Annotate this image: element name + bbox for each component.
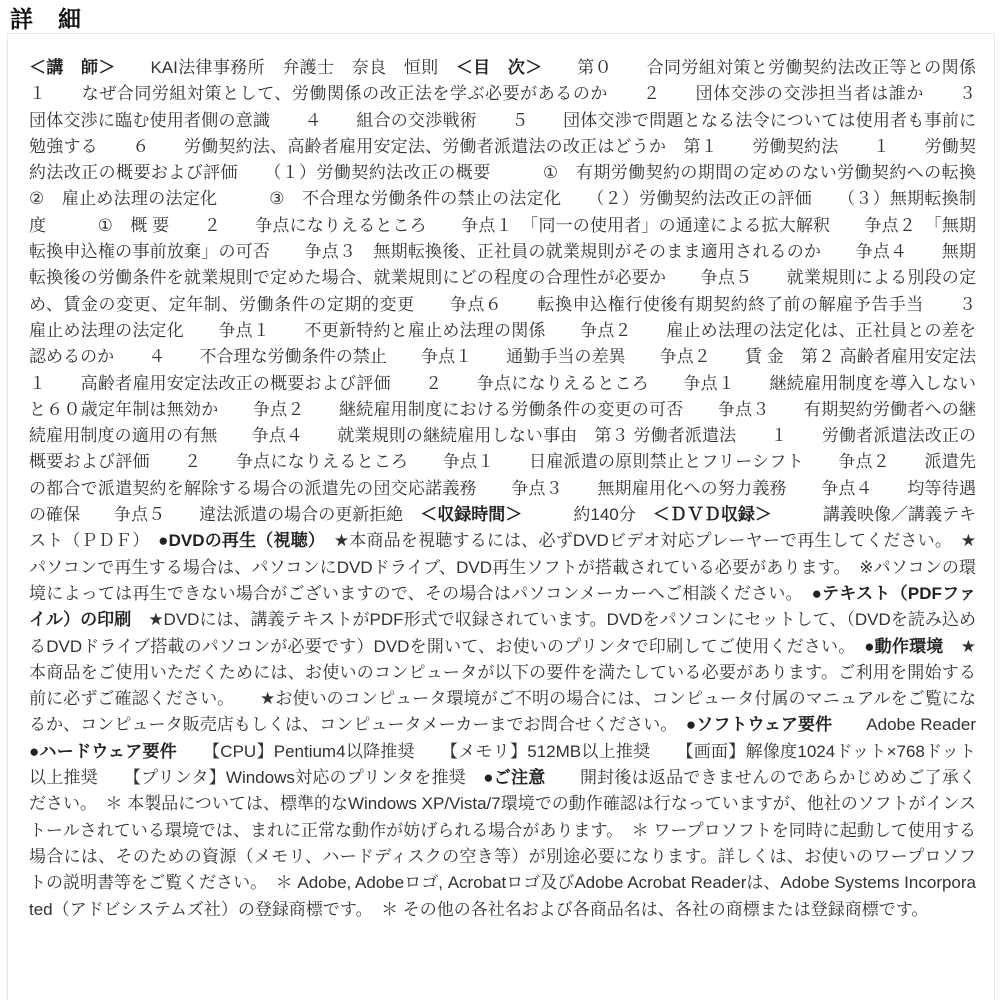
- detail-body-segment: KAI法律事務所 弁護士 奈良 恒則: [115, 58, 455, 77]
- detail-heading-segment: ●ソフトウェア要件: [686, 715, 832, 734]
- detail-body-segment: 開封後は返品できませんのであらかじめめご了承ください。 ＊ 本製品については、標…: [29, 768, 976, 918]
- detail-body-segment: 第０ 合同労組対策と労働契約法改正等との関係 １ なぜ合同労組対策として、労働関…: [29, 58, 1000, 524]
- detail-heading-segment: ＜ＤＶＤ収録＞: [653, 505, 772, 524]
- detail-heading-segment: ●動作環境: [864, 637, 943, 656]
- page-title: 詳 細: [0, 0, 1000, 33]
- detail-heading-segment: ＜講 師＞: [29, 58, 115, 77]
- detail-text: ＜講 師＞ KAI法律事務所 弁護士 奈良 恒則 ＜目 次＞ 第０ 合同労組対策…: [8, 34, 994, 923]
- detail-body-segment: 約140分: [522, 505, 652, 524]
- detail-body-segment: ★DVDには、講義テキストがPDF形式で収録されています。DVDをパソコンにセッ…: [29, 610, 976, 655]
- detail-heading-segment: ●ハードウェア要件: [29, 742, 177, 761]
- detail-heading-segment: ●DVDの再生（視聴）: [158, 531, 317, 550]
- detail-section-box: ＜講 師＞ KAI法律事務所 弁護士 奈良 恒則 ＜目 次＞ 第０ 合同労組対策…: [7, 33, 995, 1000]
- detail-heading-segment: ＜収録時間＞: [420, 505, 522, 524]
- detail-heading-segment: ＜目 次＞: [456, 58, 542, 77]
- detail-body-segment: Adobe Reader: [832, 715, 993, 734]
- detail-heading-segment: ●ご注意: [483, 768, 545, 787]
- product-detail-page: 詳 細 ＜講 師＞ KAI法律事務所 弁護士 奈良 恒則 ＜目 次＞ 第０ 合同…: [0, 0, 1000, 1000]
